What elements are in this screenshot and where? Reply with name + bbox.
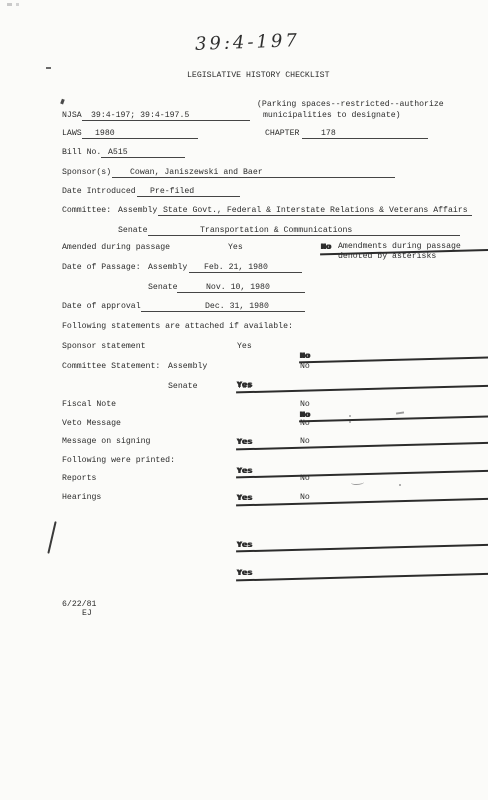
row-label: Hearings: [62, 493, 101, 503]
passage-senate-value: Nov. 10, 1980: [206, 283, 270, 293]
row-label: Sponsor statement: [62, 342, 146, 352]
njsa-value: 39:4-197; 39:4-197.5: [91, 111, 189, 121]
passage-assembly-value: Feb. 21, 1980: [204, 263, 268, 273]
no-option: No: [300, 419, 310, 429]
subject-note-line1: (Parking spaces--restricted--authorize: [257, 100, 444, 110]
amended-note-line1: Amendments during passage: [338, 242, 461, 252]
scan-artifact: [351, 480, 364, 485]
row-sublabel: Senate: [168, 382, 197, 392]
row-sublabel: Assembly: [168, 362, 207, 372]
row-label: Reports: [62, 474, 96, 484]
no-option: No: [300, 411, 488, 421]
no-option: No: [300, 437, 310, 447]
statements-header: Following statements are attached if ava…: [62, 322, 293, 332]
scan-artifact: [46, 67, 51, 69]
yes-option: Yes: [237, 342, 252, 352]
yes-option: Yes: [237, 382, 252, 392]
checklist-row-sponsor-statement: Sponsor statement Yes No: [0, 10, 488, 20]
row-label: Message on signing: [62, 437, 150, 447]
yes-option: Yes: [237, 541, 488, 551]
no-option: No: [300, 400, 310, 410]
page-title: LEGISLATIVE HISTORY CHECKLIST: [187, 71, 330, 81]
committee-senate-label: Senate: [118, 226, 147, 236]
yes-option: Yes: [237, 438, 488, 448]
committee-assembly-label: Assembly: [118, 206, 157, 216]
scan-artifact: [7, 3, 12, 6]
yes-option: Yes: [237, 569, 488, 579]
passage-senate-label: Senate: [148, 283, 177, 293]
handwritten-slash-mark: [47, 521, 57, 554]
row-label: Veto Message: [62, 419, 121, 429]
no-option: No: [300, 474, 310, 484]
njsa-label: NJSA: [62, 111, 82, 121]
date-of-approval-label: Date of approval: [62, 302, 141, 312]
scan-artifact: [16, 3, 19, 6]
passage-assembly-label: Assembly: [148, 263, 187, 273]
committee-senate-value: Transportation & Communications: [200, 226, 352, 236]
footer-initials: EJ: [82, 609, 92, 619]
chapter-value: 178: [321, 129, 336, 139]
subject-note-line2: municipalities to designate): [263, 111, 401, 121]
committee-label: Committee:: [62, 206, 111, 216]
checklist-row-committee-statement-assembly: Committee Statement: Assembly Yes No: [0, 19, 488, 29]
scan-artifact: [399, 484, 401, 486]
scan-artifact: [349, 421, 351, 423]
laws-label: LAWS: [62, 129, 82, 139]
scanned-document-page: 39:4-197 LEGISLATIVE HISTORY CHECKLIST (…: [0, 0, 488, 800]
amended-yes-option: Yes: [228, 243, 243, 253]
checklist-row-message-on-signing: Message on signing Yes No: [0, 57, 488, 67]
date-of-passage-label: Date of Passage:: [62, 263, 141, 273]
bill-number-label: Bill No.: [62, 148, 101, 158]
date-introduced-label: Date Introduced: [62, 187, 136, 197]
laws-value: 1980: [95, 129, 115, 139]
sponsors-label: Sponsor(s): [62, 168, 111, 178]
row-label: Committee Statement:: [62, 362, 160, 372]
row-label: Fiscal Note: [62, 400, 116, 410]
yes-option: Yes: [237, 467, 488, 477]
date-introduced-value: Pre-filed: [150, 187, 194, 197]
yes-option: Yes: [237, 494, 488, 504]
scan-artifact: [60, 99, 64, 105]
amended-note-line2: denoted by asterisks: [338, 252, 436, 262]
no-option: No: [300, 362, 310, 372]
amended-label: Amended during passage: [62, 243, 170, 253]
chapter-label: CHAPTER: [265, 129, 299, 139]
printed-header: Following were printed:: [62, 456, 175, 466]
handwritten-citation: 39:4-197: [195, 36, 300, 49]
committee-assembly-value: State Govt., Federal & Interstate Relati…: [163, 206, 468, 216]
yes-option: Yes: [237, 381, 488, 391]
no-option: No: [300, 493, 310, 503]
bill-number-value: A515: [108, 148, 128, 158]
date-of-approval-value: Dec. 31, 1980: [205, 302, 269, 312]
no-option: No: [300, 352, 488, 362]
sponsors-value: Cowan, Janiszewski and Baer: [130, 168, 263, 178]
